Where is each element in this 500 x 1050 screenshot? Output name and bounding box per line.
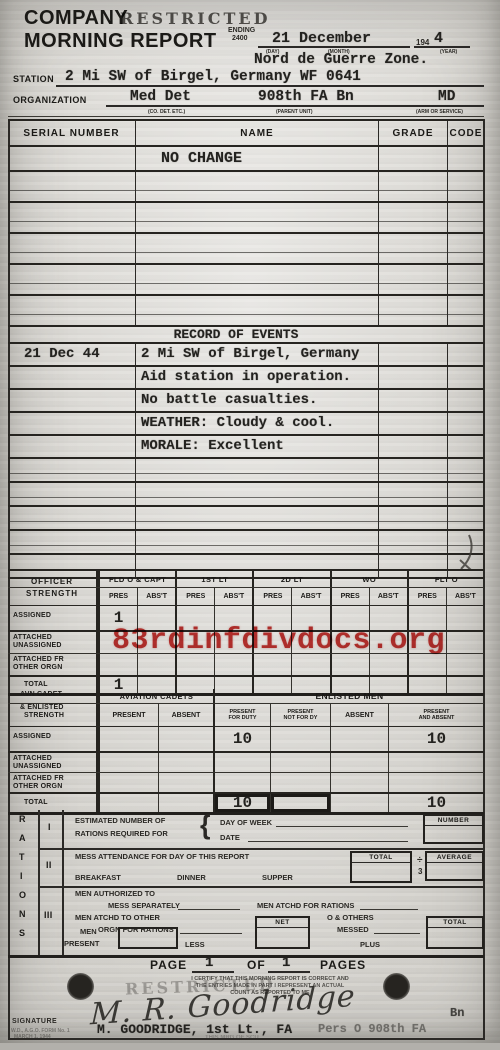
frame-top-rule [8, 116, 484, 117]
parent-unit-sub-label: (PARENT UNIT) [276, 109, 313, 115]
record-of-events-table: RECORD OF EVENTS 21 Dec 44 2 Mi SW of Bi… [8, 327, 484, 579]
col-en-absent: ABSENT [330, 704, 388, 726]
enlisted-group-header: AVN CADET AVIATION CADETS ENLISTED MEN [8, 689, 484, 704]
rations-letter: A [19, 833, 26, 843]
organization-underline [106, 105, 484, 107]
officer-group-header: OFFICER FLD O & CAPT 1ST LT 2D LT WO FLT… [8, 571, 484, 588]
event-text: MORALE: Excellent [135, 436, 378, 457]
enlisted-title-1: AVN CADET [8, 689, 98, 703]
enlisted-assigned-present-and-absent: 10 [388, 727, 484, 751]
events-empty-row [8, 507, 484, 531]
signature-label: SIGNATURE [12, 1018, 57, 1025]
roster-empty-row [8, 265, 484, 296]
rations-numeral-3: III [44, 910, 53, 920]
pen-mark [448, 532, 478, 572]
year-underline [414, 46, 470, 48]
col-present-for-duty: PRESENTFOR DUTY [213, 704, 270, 726]
form-title-morning-report: MORNING REPORT [24, 30, 217, 53]
roster-table: SERIAL NUMBER NAME GRADE CODE NO CHANGE [8, 119, 484, 327]
brace: { [200, 810, 211, 841]
enlisted-row-assigned: ASSIGNED 10 10 [8, 727, 484, 753]
station-underline [56, 85, 484, 87]
report-date: 21 December [272, 30, 371, 47]
rations-letter: I [20, 871, 23, 881]
rations-letter: N [19, 909, 26, 919]
events-empty-row [8, 483, 484, 507]
men-present-box [118, 927, 178, 949]
enlisted-sub-header: & ENLISTEDSTRENGTH PRESENT ABSENT PRESEN… [8, 704, 484, 727]
enlisted-row-attached-unassigned: ATTACHEDUNASSIGNED [8, 753, 484, 773]
personnel-officer-stamp: Pers O 908th FA [318, 1022, 426, 1036]
events-empty-row [8, 531, 484, 555]
event-text: WEATHER: Cloudy & cool. [135, 413, 378, 434]
net-box: NET [255, 916, 310, 949]
archive-watermark: 83rdinfdivdocs.org [112, 624, 445, 658]
col-name: NAME [135, 121, 378, 145]
group-1st-lt: 1ST LT [175, 571, 252, 587]
col-code: CODE [447, 121, 484, 145]
org-arm-service: MD [438, 89, 455, 105]
rations-numeral-1: I [48, 822, 51, 832]
event-row: WEATHER: Cloudy & cool. [8, 413, 484, 436]
org-parent-unit: 908th FA Bn [258, 89, 354, 105]
ending-time: 2400 [232, 35, 248, 42]
officer-sub-header: STRENGTH PRESABS'T PRESABS'T PRESABS'T P… [8, 588, 484, 606]
punch-hole-right [383, 973, 410, 1000]
roster-row-no-change: NO CHANGE [8, 147, 484, 172]
event-row: No battle casualties. [8, 390, 484, 413]
ending-label: ENDING [228, 27, 255, 34]
group-enlisted-men: ENLISTED MEN [213, 689, 484, 703]
group-wo: WO [330, 571, 407, 587]
frame-bottom-rule [8, 1038, 484, 1040]
roster-empty-row [8, 203, 484, 234]
date-underline [258, 46, 410, 48]
rations-letter: O [19, 890, 26, 900]
number-box: NUMBER [423, 814, 484, 844]
co-det-sub-label: (CO. DET. ETC.) [148, 109, 185, 115]
group-aviation-cadets: AVIATION CADETS [98, 689, 213, 703]
restricted-stamp-top: RESTRICTED [120, 9, 270, 28]
organization-label: ORGANIZATION [13, 95, 87, 105]
event-row: Aid station in operation. [8, 367, 484, 390]
year-label: (YEAR) [440, 49, 457, 55]
roster-empty-row [8, 296, 484, 327]
rations-numeral-2: II [46, 860, 52, 870]
enlisted-row-attached-fr-other: ATTACHED FROTHER ORGN [8, 773, 484, 794]
zone-line: Nord de Guerre Zone. [254, 52, 428, 68]
rations-letter: S [19, 928, 25, 938]
org-unit: Med Det [130, 89, 191, 105]
event-text: Aid station in operation. [135, 367, 378, 388]
event-text: 2 Mi SW of Birgel, Germany [135, 344, 378, 365]
no-change-entry: NO CHANGE [135, 147, 378, 170]
event-row: MORALE: Excellent [8, 436, 484, 459]
rations-section: R A T I O N S I II III ESTIMATED NUMBER … [8, 810, 484, 958]
enlisted-assigned-present-for-duty: 10 [213, 727, 270, 751]
group-2d-lt: 2D LT [252, 571, 329, 587]
officer-strength-title-1: OFFICER [8, 571, 98, 587]
col-grade: GRADE [378, 121, 447, 145]
average-box: AVERAGE [425, 851, 484, 881]
station-label: STATION [13, 74, 54, 84]
divide-sign: ÷ [417, 855, 423, 866]
typed-signature-name: M. GOODRIDGE, 1st Lt., FA [97, 1022, 292, 1037]
event-row: 21 Dec 44 2 Mi SW of Birgel, Germany [8, 344, 484, 367]
col-serial-number: SERIAL NUMBER [8, 121, 135, 145]
page-number: 1 [205, 955, 213, 971]
roster-header-row: SERIAL NUMBER NAME GRADE CODE [8, 121, 484, 147]
year-typed: 4 [434, 30, 443, 47]
mess-total-box: TOTAL [350, 851, 412, 883]
morning-report-scan: COMPANY RESTRICTED MORNING REPORT ENDING… [0, 0, 500, 1050]
events-empty-row [8, 459, 484, 483]
officer-strength-title-2: STRENGTH [8, 588, 98, 605]
scan-bottom-edge [0, 1043, 500, 1050]
event-date: 21 Dec 44 [8, 344, 135, 365]
col-present-not-for-duty: PRESENTNOT FOR DY [270, 704, 330, 726]
bn-fragment: Bn [450, 1006, 464, 1020]
enlisted-strength-table: AVN CADET AVIATION CADETS ENLISTED MEN &… [8, 689, 484, 815]
col-av-absent: ABSENT [158, 704, 213, 726]
arm-service-sub-label: (ARM OR SERVICE) [416, 109, 463, 115]
event-text: No battle casualties. [135, 390, 378, 411]
pages-total: 1 [282, 955, 290, 971]
col-present-and-absent: PRESENTAND ABSENT [388, 704, 484, 726]
form-title-company: COMPANY [24, 7, 128, 30]
rations-total-box: TOTAL [426, 916, 484, 949]
group-fldo-capt: FLD O & CAPT [98, 571, 175, 587]
station-value: 2 Mi SW of Birgel, Germany WF 0641 [65, 69, 361, 85]
events-title: RECORD OF EVENTS [174, 327, 299, 342]
roster-empty-row [8, 234, 484, 265]
rations-letter: R [19, 814, 26, 824]
events-title-row: RECORD OF EVENTS [8, 327, 484, 344]
rations-letter: T [19, 852, 25, 862]
punch-hole-left [67, 973, 94, 1000]
col-av-present: PRESENT [98, 704, 158, 726]
roster-empty-row [8, 172, 484, 203]
group-flt-o: FLT O [407, 571, 484, 587]
